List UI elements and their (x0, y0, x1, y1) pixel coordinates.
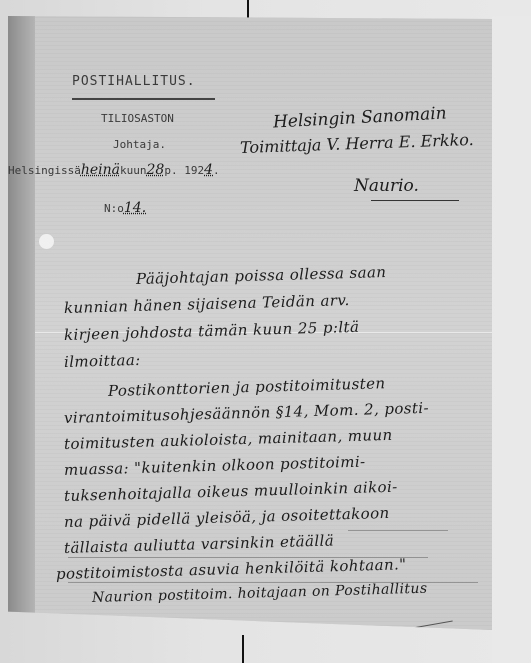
body-line: tällaista auliutta varsinkin etäällä (64, 531, 335, 557)
letterhead-organization: POSTIHALLITUS. (72, 74, 196, 89)
date-day: 28 (147, 162, 165, 178)
reference-number: N:o14. (104, 200, 146, 216)
body-line: tuksenhoitajalla oikeus muulloinkin aiko… (64, 478, 398, 505)
body-line: muassa: "kuitenkin olkoon postitoimi- (64, 453, 366, 479)
body-line: na päivä pidellä yleisöä, ja osoitettako… (64, 504, 390, 531)
date-day-suffix: p. 192 (164, 164, 204, 177)
punch-hole (39, 234, 54, 249)
frame-marker-top (247, 0, 249, 18)
body-line: Pääjohtajan poissa ollessa saan (136, 263, 387, 288)
body-line: toimitusten aukioloista, mainitaan, muun (64, 426, 393, 453)
addressee-line-3: Naurio. (354, 176, 419, 196)
body-line: kirjeen johdosta tämän kuun 25 p:ltä (64, 318, 360, 344)
letter-page: POSTIHALLITUS. TILIOSASTON Johtaja. Hels… (8, 16, 492, 630)
binding-spine (8, 16, 35, 630)
letterhead-department: TILIOSASTON (101, 112, 174, 125)
dateline: Helsingissäheinäkuun28p. 1924. (8, 162, 220, 178)
number-value: 14. (124, 200, 146, 216)
body-line: ilmoittaa: (64, 351, 141, 371)
pencil-underline (348, 530, 448, 531)
date-month-suffix: kuun (120, 164, 147, 177)
frame-marker-bottom (242, 635, 244, 663)
body-line: Postikonttorien ja postitoimitusten (108, 374, 386, 400)
body-line: Naurion postitoim. hoitajaan on Postihal… (92, 581, 428, 606)
addressee-line-2: Toimittaja V. Herra E. Erkko. (240, 130, 474, 157)
letterhead-role: Johtaja. (113, 138, 166, 151)
body-line: postitoimistosta asuvia henkilöitä kohta… (56, 555, 407, 583)
date-year-end: . (213, 164, 220, 177)
body-line: virantoimitusohjesäännön §14, Mom. 2, po… (64, 399, 429, 427)
date-year-digit: 4 (204, 162, 213, 178)
scan-right-margin (492, 16, 531, 663)
body-line: kunnian hänen sijaisena Teidän arv. (64, 291, 350, 317)
letterhead-rule (72, 98, 215, 100)
addressee-underline (371, 200, 459, 201)
number-label: N:o (104, 202, 124, 215)
addressee-line-1: Helsingin Sanomain (273, 103, 448, 132)
date-month: heinä (81, 162, 120, 178)
dateline-prefix: Helsingissä (8, 164, 81, 177)
